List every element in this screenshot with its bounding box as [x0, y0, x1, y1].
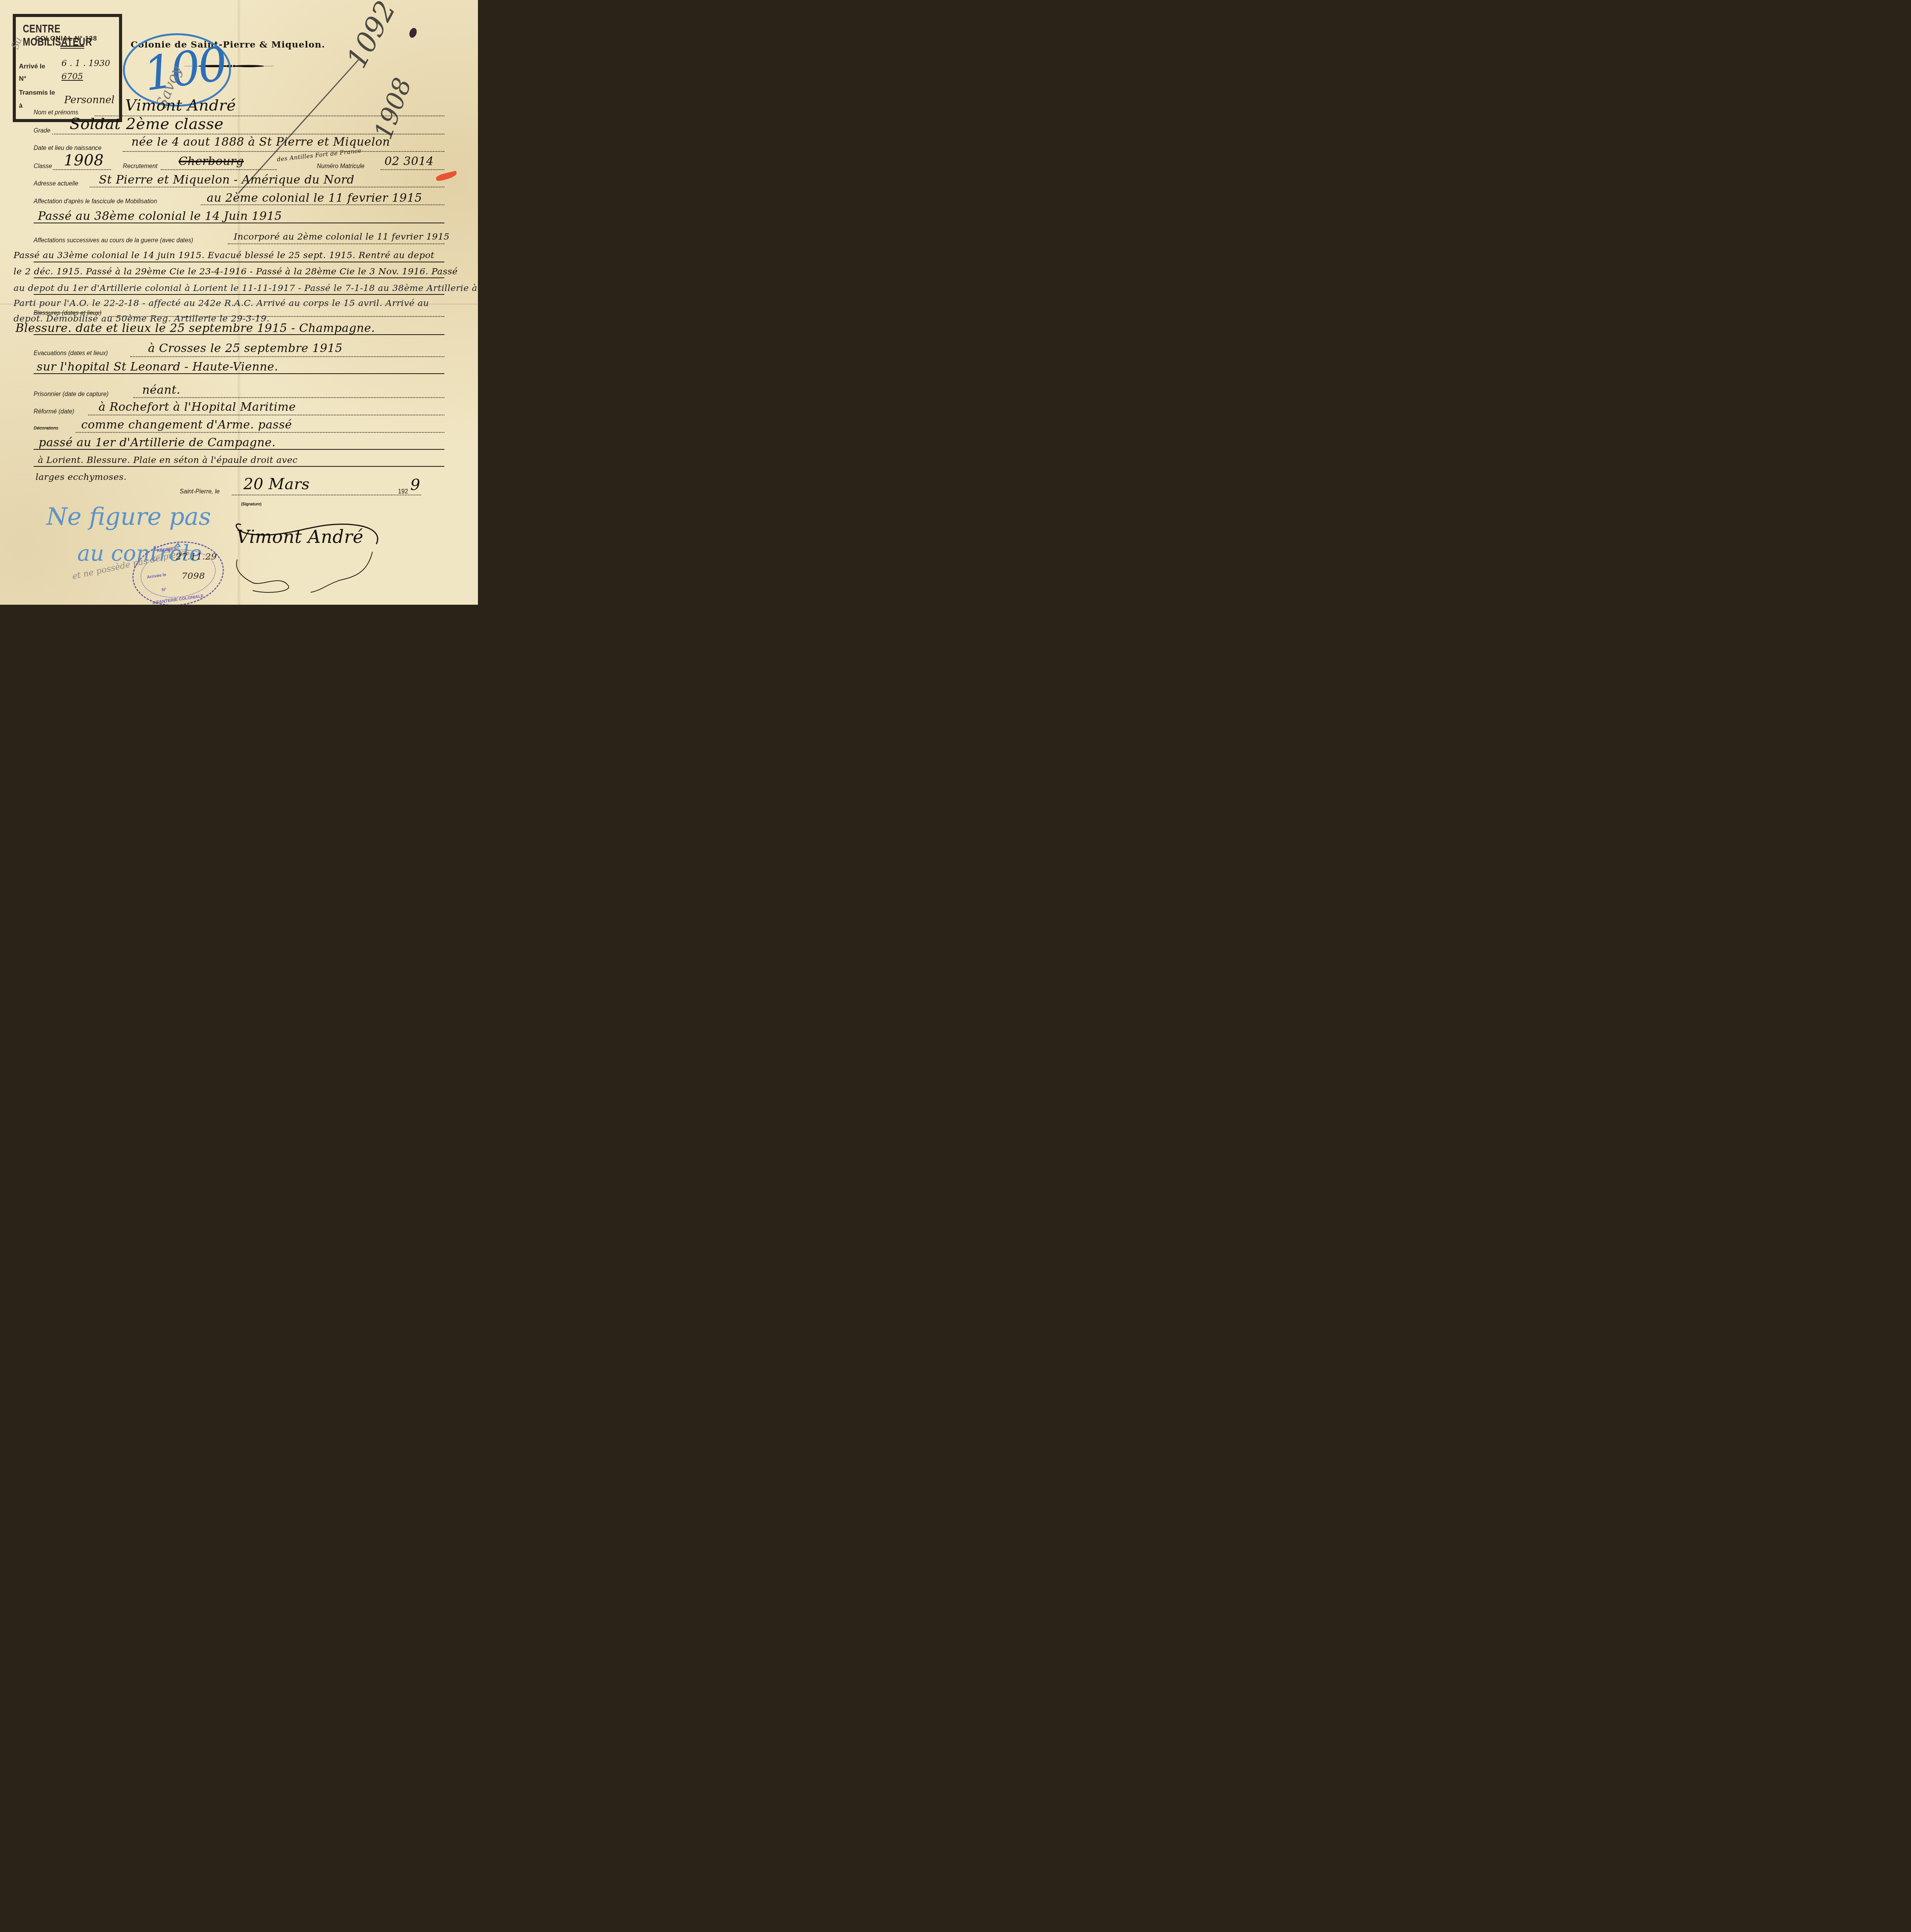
- dotline-naissance: [123, 151, 444, 152]
- decorations-line-2: passé au 1er d'Artillerie de Campagne.: [39, 436, 276, 449]
- stamp-a-label: à: [19, 102, 22, 110]
- stamp-numero-value: 6705: [61, 72, 83, 82]
- value-affectation-cont: Passé au 38ème colonial le 14 Juin 1915: [38, 209, 282, 223]
- label-affectations-successives: Affectations successives au cours de la …: [34, 236, 193, 244]
- value-naissance: née le 4 aout 1888 à St Pierre et Miquel…: [131, 135, 390, 149]
- affectations-line-4: au depot du 1er d'Artillerie colonial à …: [14, 283, 478, 293]
- year-prefix: 192: [398, 488, 408, 495]
- label-evacuations: Evacuations (dates et lieux): [34, 349, 108, 357]
- label-naissance: Date et lieu de naissance: [34, 144, 102, 152]
- centre-mobilisateur-stamp: CENTRE MOBILISATEUR COLONIAL N° 138 Arri…: [13, 14, 122, 122]
- stamp-divider: [60, 46, 84, 49]
- decorations-line-4: larges ecchymoses.: [36, 472, 127, 482]
- label-prisonnier: Prisonnier (date de capture): [34, 390, 109, 398]
- value-classe: 1908: [64, 151, 104, 169]
- line-affectations-3: [34, 277, 444, 278]
- label-matricule: Numéro Matricule: [317, 162, 364, 170]
- stamp-transmis-label: Transmis le: [19, 89, 55, 97]
- purple-stamp-date: 27.11.29: [176, 552, 217, 562]
- label-affectation: Affectation d'après le fascicule de Mobi…: [34, 197, 157, 205]
- dotline-matricule: [381, 169, 444, 170]
- year-suffix: 9: [410, 476, 420, 494]
- dotline-affectations: [228, 243, 444, 244]
- line-decorations-3: [34, 466, 444, 467]
- stamp-numero-label: N°: [19, 75, 26, 83]
- value-recrutement: Cherbourg: [179, 155, 244, 168]
- ink-blot: [408, 27, 418, 39]
- value-grade: Soldat 2ème classe: [70, 115, 224, 133]
- signature: Vimont André: [236, 526, 364, 547]
- value-prisonnier: néant.: [142, 383, 180, 397]
- dotline-reforme: [88, 415, 444, 415]
- signature-label: (Signature): [241, 502, 262, 507]
- stamp-arrive-label: Arrivé le: [19, 63, 45, 70]
- dotline-evacuations: [130, 356, 444, 357]
- dotline-recrutement: [161, 169, 277, 170]
- line-affectations-4: [34, 294, 444, 295]
- label-recrutement: Recrutement: [123, 162, 158, 170]
- document-page: CENTRE MOBILISATEUR COLONIAL N° 138 Arri…: [0, 0, 478, 605]
- stamp-subtitle: COLONIAL N° 138: [35, 35, 97, 43]
- affectations-line-5: Parti pour l'A.O. le 22-2-18 - affecté a…: [14, 298, 429, 308]
- red-pencil-mark: [435, 171, 457, 182]
- label-reforme: Réformé (date): [34, 408, 74, 415]
- affectations-line-2: Passé au 33ème colonial le 14 juin 1915.…: [14, 250, 434, 260]
- purple-stamp-number-label: N°: [162, 587, 167, 593]
- stamp-arrive-value: 6 . 1 . 1930: [61, 59, 110, 68]
- dotline-classe: [53, 169, 111, 170]
- label-adresse: Adresse actuelle: [34, 180, 78, 187]
- dotline-date: [232, 495, 421, 495]
- value-date: 20 Mars: [243, 475, 310, 493]
- value-nom: Vimont André: [125, 97, 236, 114]
- dotline-decorations: [76, 432, 444, 433]
- label-grade: Grade: [34, 127, 50, 134]
- label-decorations: Décorations: [34, 425, 58, 431]
- recrutement-annotation: des Antilles Fort de France: [277, 147, 362, 163]
- value-adresse: St Pierre et Miquelon - Amérique du Nord: [99, 173, 354, 187]
- affectations-line-1: Incorporé au 2ème colonial le 11 fevrier…: [234, 232, 450, 242]
- line-affectations-2: [34, 262, 444, 262]
- blue-note-line-1: Ne figure pas: [46, 502, 211, 531]
- dotline-grade: [52, 134, 444, 134]
- value-matricule: 02 3014: [384, 155, 434, 168]
- decorations-line-3: à Lorient. Blessure. Plaie en séton à l'…: [38, 455, 298, 465]
- stamp-a-value: Personnel: [64, 94, 114, 106]
- value-evacuations-cont: sur l'hopital St Leonard - Haute-Vienne.: [37, 360, 278, 374]
- dotline-adresse: [90, 187, 444, 187]
- affectations-line-3: le 2 déc. 1915. Passé à la 29ème Cie le …: [14, 267, 458, 277]
- label-place-date: Saint-Pierre, le: [180, 488, 219, 495]
- purple-stamp-number: 7098: [182, 571, 205, 581]
- value-evacuations: à Crosses le 25 septembre 1915: [148, 342, 343, 355]
- value-affectation: au 2ème colonial le 11 fevrier 1915: [207, 191, 422, 205]
- label-classe: Classe: [34, 162, 52, 170]
- decorations-line-1: comme changement d'Arme. passé: [81, 418, 292, 432]
- value-blessures: Blessure. date et lieux le 25 septembre …: [15, 321, 375, 335]
- value-reforme: à Rochefort à l'Hopital Maritime: [99, 400, 296, 414]
- dotline-prisonnier: [133, 397, 444, 398]
- pencil-number-bottom: 1908: [369, 74, 417, 143]
- pencil-number-top: 1092: [340, 0, 402, 73]
